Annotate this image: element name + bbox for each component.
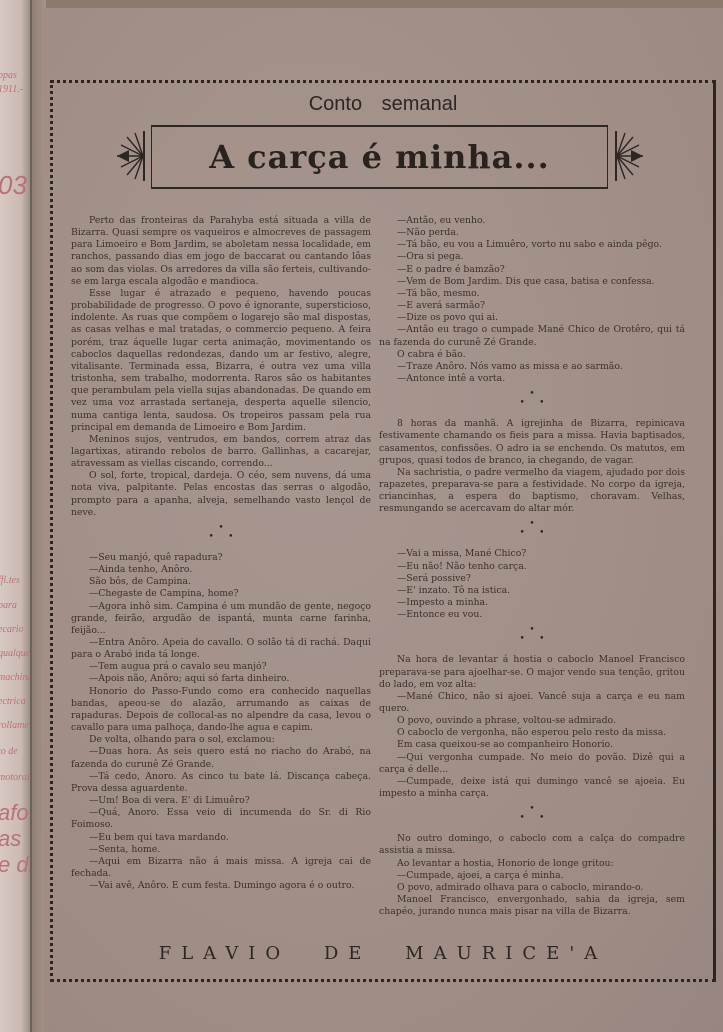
story-paragraph: O povo, admirado olhava para o caboclo, … <box>379 882 685 894</box>
dialogue-line: —Chegaste de Campina, home? <box>71 588 371 600</box>
left-page-fragment: 1911.- <box>0 84 23 95</box>
left-page-fragment: motoral <box>0 772 30 783</box>
story-paragraph: —Mané Chico, não si ajoei. Vancê suja a … <box>379 691 685 715</box>
story-paragraph: —Antão eu trago o cumpade Mané Chico de … <box>379 324 685 348</box>
dialogue-line: —Senta, home. <box>71 844 371 856</box>
story-paragraph: Manoel Francisco, envergonhado, sahia da… <box>379 894 685 918</box>
dialogue-line: O cabra é bão. <box>379 349 685 361</box>
dialogue-line: —Traze Anôro. Nós vamo as missa e ao sar… <box>379 361 685 373</box>
left-page-fragment: ectrica <box>0 696 26 707</box>
dialogue-line: —Um! Boa di vera. E' di Limuêro? <box>71 795 371 807</box>
story-paragraph: —Qui vergonha cumpade. No meio do povão.… <box>379 752 685 776</box>
dialogue-line: —Tem augua prá o cavalo seu manjó? <box>71 661 371 673</box>
section-separator: •• • <box>379 520 685 538</box>
left-page-fragment: qualquer <box>0 648 32 659</box>
dialogue-line: —Será possive? <box>379 573 685 585</box>
story-title: A carça é minha... <box>152 127 607 187</box>
story-paragraph: —Cumpade, deixe istá qui dumingo vancê s… <box>379 776 685 800</box>
magazine-page: Conto semanal A carça é minha... <box>44 8 723 1032</box>
left-page-fragment: para <box>0 600 17 611</box>
left-page-fragment: ffi.tes <box>0 575 20 586</box>
adjacent-page-edge: ppas 1911.- 03 ffi.tes para ecario qualq… <box>0 0 32 1032</box>
section-label: Conto semanal <box>53 93 713 116</box>
dialogue-line: —Tá bão, mesmo. <box>379 288 685 300</box>
dialogue-line: —Eu não! Não tenho carça. <box>379 561 685 573</box>
dialogue-line: —Não perda. <box>379 227 685 239</box>
story-paragraph: —Vai avê, Anôro. E cum festa. Dumingo ag… <box>71 880 371 892</box>
story-column-right: —Antão, eu venho.—Não perda.—Tá bão, eu … <box>379 215 685 918</box>
dialogue-line: Ao levantar a hostia, Honorio de longe g… <box>379 858 685 870</box>
story-paragraph: De volta, olhando para o sol, exclamou: <box>71 734 371 746</box>
title-box: A carça é minha... <box>151 125 608 189</box>
dialogue-line: —Vai a missa, Mané Chico? <box>379 548 685 560</box>
dialogue-line: —Seu manjó, quê rapadura? <box>71 552 371 564</box>
dialogue-line: —Ainda tenho, Anôro. <box>71 564 371 576</box>
story-paragraph: 8 horas da manhã. A igrejinha de Bizarra… <box>379 418 685 467</box>
story-column-left: Perto das fronteiras da Parahyba está si… <box>71 215 371 892</box>
story-paragraph: —Vem de Bom Jardim. Dis que casa, batisa… <box>379 276 685 288</box>
dialogue-line: —Apois não, Anôro; aqui só farta dinheir… <box>71 673 371 685</box>
dialogue-line: —Ora si pega. <box>379 251 685 263</box>
dialogue-line: —Entonce eu vou. <box>379 609 685 621</box>
dialogue-line: O povo, ouvindo a phrase, voltou-se admi… <box>379 715 685 727</box>
story-paragraph: —Duas hora. As seis quero está no riacho… <box>71 746 371 770</box>
left-page-fragment: 03 <box>0 170 27 201</box>
left-page-fragment: to de <box>0 746 18 757</box>
left-page-fragment: machina <box>0 672 32 683</box>
dialogue-line: Em casa queixou-se ao companheiro Honori… <box>379 739 685 751</box>
dialogue-line: —Impesto a minha. <box>379 597 685 609</box>
section-separator: •• • <box>379 390 685 408</box>
left-page-fragment: afo- <box>0 800 32 826</box>
ornament-right-icon <box>615 129 645 183</box>
author-byline: FLAVIO DE MAURICE'A <box>53 943 713 964</box>
story-paragraph: —Tá bão, eu vou a Limuêro, vorto nu sabo… <box>379 239 685 251</box>
dialogue-line: —Antão, eu venho. <box>379 215 685 227</box>
section-separator: •• • <box>379 805 685 823</box>
section-separator: •• • <box>379 626 685 644</box>
dialogue-line: —Dize os povo qui ai. <box>379 312 685 324</box>
dialogue-line: —E averá sarmão? <box>379 300 685 312</box>
dialogue-line: —E' inzato. Tô na istica. <box>379 585 685 597</box>
story-paragraph: Honorio do Passo-Fundo como era conhecid… <box>71 686 371 735</box>
left-page-fragment: ppas <box>0 70 17 81</box>
story-paragraph: Meninos sujos, ventrudos, em bandos, cor… <box>71 434 371 470</box>
story-paragraph: —Quá, Anoro. Essa veio di incumenda do S… <box>71 807 371 831</box>
left-page-fragment: as <box>0 826 21 852</box>
left-page-fragment: rollame <box>0 720 29 731</box>
story-paragraph: Perto das fronteiras da Parahyba está si… <box>71 215 371 288</box>
story-paragraph: —Aqui em Bizarra não á mais missa. A igr… <box>71 856 371 880</box>
story-paragraph: —Entra Anôro. Apeia do cavallo. O solão … <box>71 637 371 661</box>
dialogue-line: —Cumpade, ajoei, a carça é minha. <box>379 870 685 882</box>
story-paragraph: O caboclo de vergonha, não esperou pelo … <box>379 727 685 739</box>
ornament-left-icon <box>115 129 145 183</box>
story-paragraph: —Agora inhô sim. Campina é um mundão de … <box>71 601 371 637</box>
story-paragraph: No outro domingo, o caboclo com a calça … <box>379 833 685 857</box>
story-paragraph: —Tá cedo, Anoro. As cinco tu bate lá. Di… <box>71 771 371 795</box>
story-paragraph: Na hora de levantar á hostia o caboclo M… <box>379 654 685 690</box>
story-paragraph: Na sachristia, o padre vermelho da viage… <box>379 467 685 516</box>
dialogue-line: —E o padre é bamzão? <box>379 264 685 276</box>
left-page-fragment: ecario <box>0 624 24 635</box>
section-separator: •• • <box>71 524 371 542</box>
dialogue-line: São bôs, de Campina. <box>71 576 371 588</box>
story-paragraph: O sol, forte, tropical, dardeja. O céo, … <box>71 470 371 519</box>
left-page-fragment: e di <box>0 852 32 878</box>
story-paragraph: Esse lugar é atrazado e pequeno, havendo… <box>71 288 371 434</box>
story-frame: Conto semanal A carça é minha... <box>50 80 716 982</box>
dialogue-line: —Antonce intê a vorta. <box>379 373 685 385</box>
dialogue-line: —Eu bem qui tava mardando. <box>71 832 371 844</box>
